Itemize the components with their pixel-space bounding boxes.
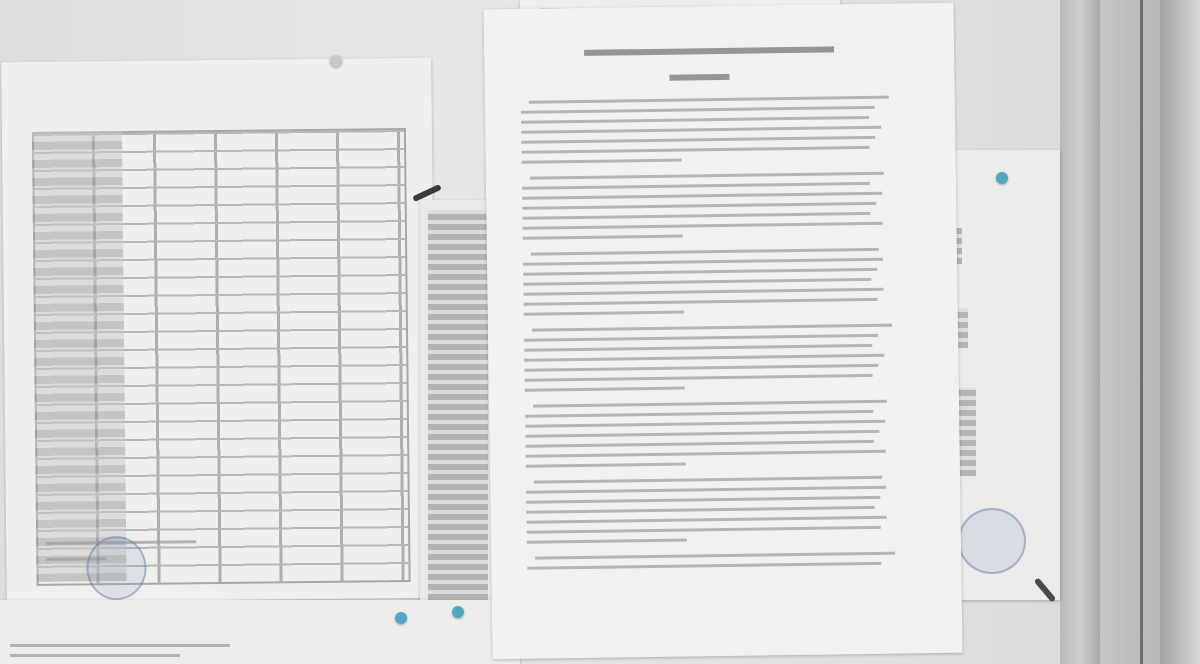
- document-table: [428, 210, 488, 640]
- text-line: [521, 116, 869, 124]
- text-line: [529, 96, 889, 104]
- text-line: [526, 506, 874, 514]
- left-document: [1, 58, 437, 602]
- text-line: [532, 324, 892, 332]
- text-line: [527, 562, 881, 570]
- document-heading: [584, 46, 834, 55]
- text-line: [10, 644, 230, 647]
- text-line: [521, 146, 869, 154]
- text-line: [525, 410, 873, 418]
- text-line: [526, 440, 874, 448]
- text-line: [523, 288, 883, 296]
- text-line: [523, 268, 877, 276]
- text-line: [521, 126, 881, 134]
- text-line: [525, 430, 879, 438]
- text-line: [526, 496, 880, 504]
- text-line: [535, 552, 895, 560]
- text-line: [526, 486, 886, 494]
- text-line: [527, 539, 687, 544]
- text-line: [527, 516, 887, 524]
- text-line: [522, 182, 870, 190]
- push-pin: [395, 612, 407, 624]
- text-line: [525, 420, 885, 428]
- text-line: [526, 463, 686, 468]
- text-line: [525, 374, 873, 382]
- text-line: [523, 235, 683, 240]
- window-frame-edge: [1160, 0, 1200, 664]
- text-line: [10, 654, 180, 657]
- window-frame: [1060, 0, 1100, 664]
- text-line: [524, 311, 684, 316]
- text-line: [522, 202, 876, 210]
- text-line: [521, 106, 875, 114]
- stamp-left: [86, 536, 147, 601]
- text-line: [522, 159, 682, 164]
- text-line: [533, 400, 887, 408]
- push-pin: [996, 172, 1008, 184]
- stamp-right: [958, 508, 1026, 574]
- window-frame-inner: [1100, 0, 1160, 664]
- bottom-document: [0, 600, 520, 664]
- push-pin: [452, 606, 464, 618]
- text-line: [523, 278, 871, 286]
- window-frame-groove: [1140, 0, 1143, 664]
- text-line: [522, 212, 870, 220]
- text-line: [526, 450, 886, 458]
- document-table-column: [32, 131, 127, 582]
- text-line: [521, 136, 875, 144]
- push-pin: [330, 55, 342, 67]
- text-line: [523, 222, 883, 230]
- text-line: [522, 192, 882, 200]
- text-line: [525, 387, 685, 392]
- text-line: [524, 354, 884, 362]
- text-line: [524, 344, 872, 352]
- text-line: [524, 298, 878, 306]
- main-document: [483, 3, 962, 659]
- text-line: [534, 476, 882, 484]
- document-title: [669, 74, 729, 81]
- text-line: [523, 258, 883, 266]
- text-line: [524, 334, 878, 342]
- text-line: [531, 248, 879, 256]
- text-line: [530, 172, 884, 180]
- text-line: [525, 364, 879, 372]
- text-line: [527, 526, 881, 534]
